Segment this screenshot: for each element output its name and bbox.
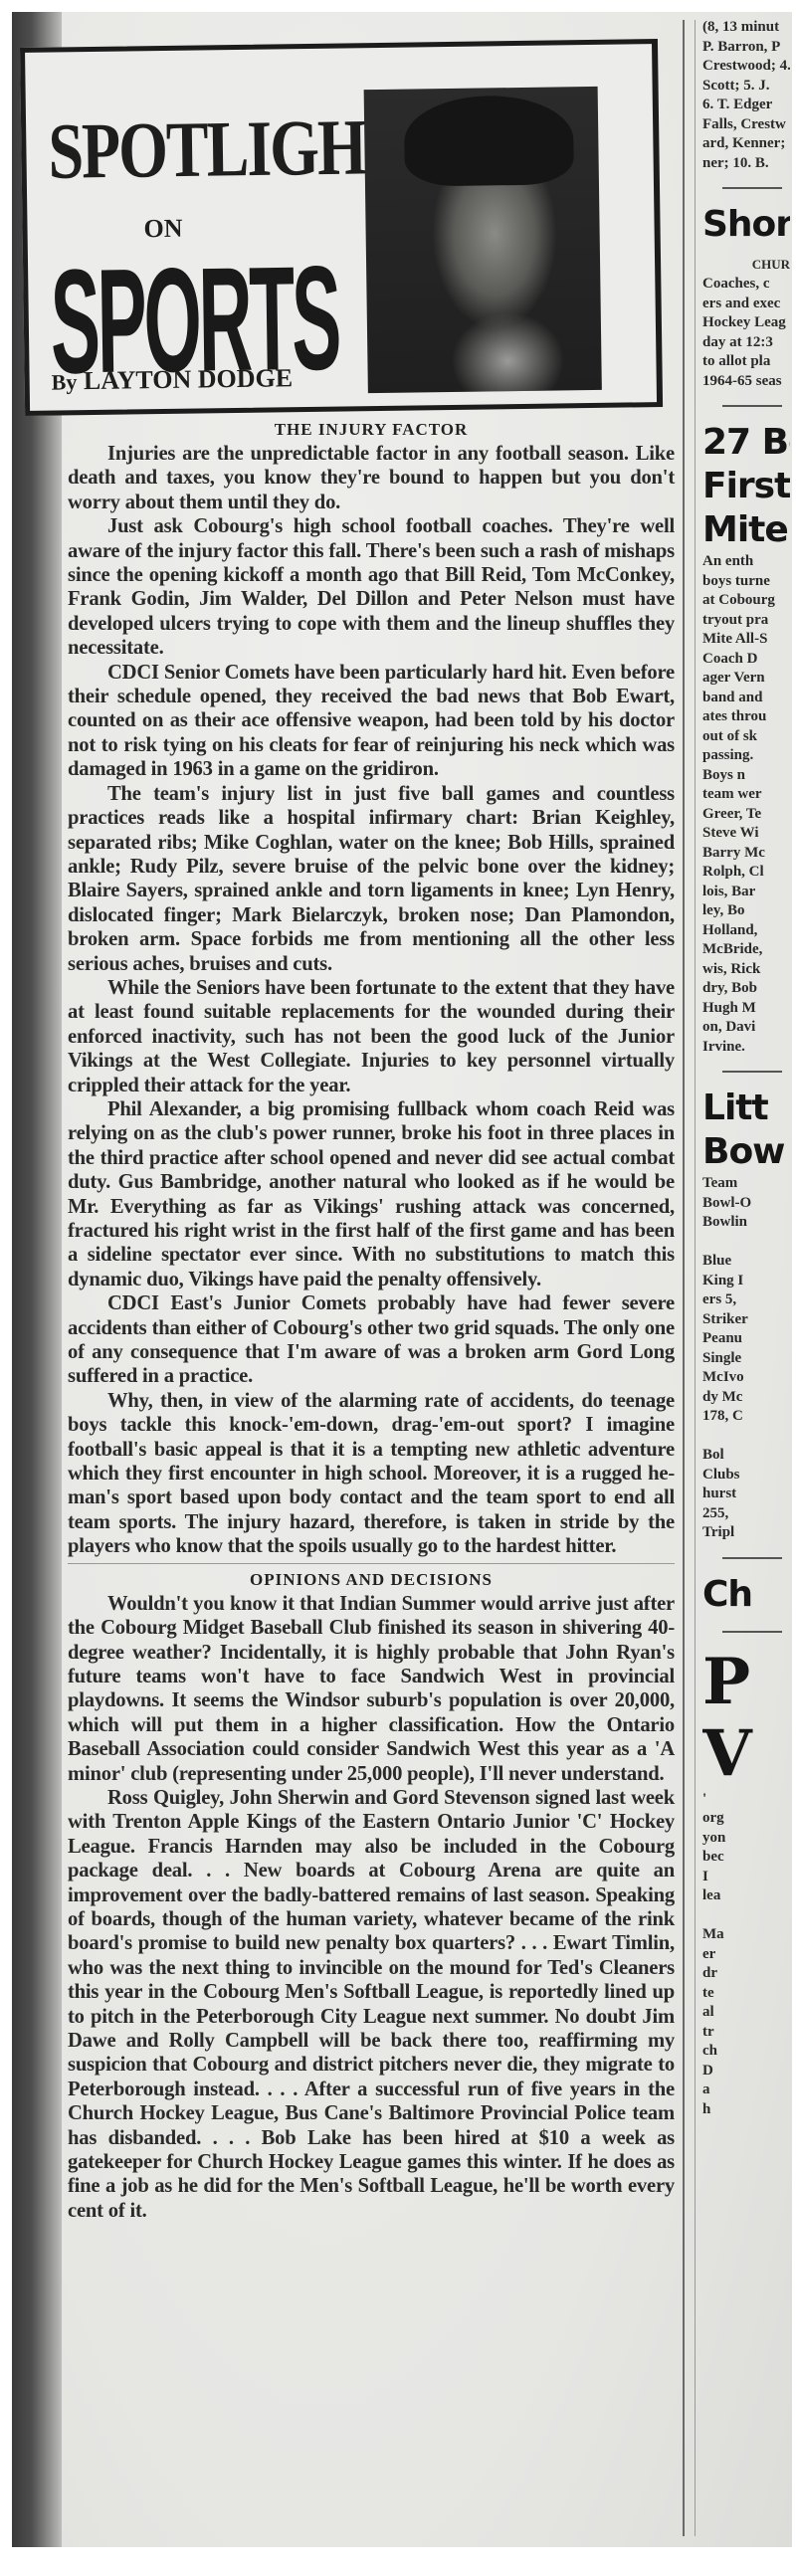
story-headline: Litt <box>702 1087 790 1130</box>
fragment-line: 6. T. Edger <box>702 96 790 115</box>
fragment-line: ner; 10. B. <box>702 154 790 174</box>
article-paragraph: Injuries are the unpredictable factor in… <box>68 442 675 514</box>
story-line: ers and exec <box>702 295 790 314</box>
section-heading: THE INJURY FACTOR <box>68 420 675 440</box>
story-line: wis, Rick <box>702 960 790 980</box>
byline-author: LAYTON DODGE <box>84 363 294 395</box>
story-line: Irvine. <box>702 1038 790 1058</box>
story-line <box>702 1906 790 1926</box>
story-line: h <box>702 2100 790 2120</box>
story-rule <box>722 405 782 407</box>
story-line: Greer, Te <box>702 805 790 825</box>
article-paragraph: CDCI East's Junior Comets probably have … <box>68 1291 675 1389</box>
article-paragraph: CDCI Senior Comets have been particularl… <box>68 661 675 782</box>
story-line: Bol <box>702 1446 790 1466</box>
story-rule <box>722 1631 782 1633</box>
story-line: Barry Mc <box>702 844 790 864</box>
story-line: Steve Wi <box>702 824 790 844</box>
story-line: tryout pra <box>702 611 790 631</box>
article-paragraph: While the Seniors have been fortunate to… <box>68 976 675 1097</box>
story-line: out of sk <box>702 727 790 747</box>
story-line: team wer <box>702 785 790 805</box>
story-headline: First <box>702 465 790 508</box>
article-body: THE INJURY FACTORInjuries are the unpred… <box>68 420 675 2223</box>
article-paragraph: Wouldn't you know it that Indian Summer … <box>68 1592 675 1786</box>
story-line: to allot pla <box>702 352 790 372</box>
story-line: An enth <box>702 552 790 572</box>
fragment-line: Scott; 5. J. <box>702 77 790 97</box>
story-line: Ma <box>702 1925 790 1945</box>
story-line: dr <box>702 1964 790 1984</box>
article-paragraph: Just ask Cobourg's high school football … <box>68 514 675 660</box>
story-rule <box>722 1071 782 1073</box>
story-line: King I <box>702 1272 790 1291</box>
story-line: ates throu <box>702 707 790 727</box>
story-line: al <box>702 2003 790 2023</box>
fragment-line: P. Barron, P <box>702 38 790 58</box>
story-line: ch <box>702 2042 790 2062</box>
story-line: on, Davi <box>702 1018 790 1038</box>
story-line: at Cobourg <box>702 591 790 611</box>
story-line: Bowlin <box>702 1213 790 1233</box>
article-paragraph: Phil Alexander, a big promising fullback… <box>68 1097 675 1291</box>
article-paragraph: Why, then, in view of the alarming rate … <box>68 1389 675 1559</box>
story-line: I <box>702 1868 790 1887</box>
story-line: Boys n <box>702 766 790 786</box>
story-line: Bowl-O <box>702 1194 790 1214</box>
story-line: hurst <box>702 1485 790 1504</box>
portrait-hair-shape <box>404 95 574 186</box>
title-spotlight: SPOTLIGHT <box>48 107 347 191</box>
story-line: boys turne <box>702 572 790 592</box>
sports-column: SPOTLIGHT ON SPORTS By LAYTON DODGE THE … <box>60 20 675 2527</box>
story-line: er <box>702 1945 790 1965</box>
columnist-portrait-photo <box>364 87 602 393</box>
story-line: Mite All-S <box>702 630 790 650</box>
story-line: ager Vern <box>702 669 790 689</box>
story-line: Holland, <box>702 921 790 941</box>
story-line: Rolph, Cl <box>702 863 790 883</box>
story-line: Coach D <box>702 650 790 670</box>
story-headline: Ch <box>702 1573 790 1617</box>
story-line: Hockey Leag <box>702 313 790 333</box>
story-line: bec <box>702 1848 790 1868</box>
story-line: Clubs <box>702 1466 790 1486</box>
story-headline: Mite <box>702 508 790 552</box>
column-title: SPOTLIGHT ON SPORTS <box>48 107 349 344</box>
story-line: band and <box>702 689 790 708</box>
section-heading: OPINIONS AND DECISIONS <box>68 1570 675 1590</box>
story-line: Blue <box>702 1252 790 1272</box>
story-line: passing. <box>702 746 790 766</box>
story-line: lois, Bar <box>702 883 790 902</box>
section-divider <box>68 1563 675 1564</box>
story-line: Coaches, c <box>702 275 790 295</box>
fragment-line: ard, Kenner; <box>702 134 790 154</box>
story-line <box>702 1233 790 1253</box>
story-line: org <box>702 1809 790 1829</box>
column-rule <box>683 20 685 2536</box>
byline: By LAYTON DODGE <box>51 363 293 396</box>
story-line: te <box>702 1984 790 2004</box>
story-headline-letter: P <box>702 1647 790 1718</box>
story-headline: Shor <box>702 203 790 247</box>
column-header-box: SPOTLIGHT ON SPORTS By LAYTON DODGE <box>20 39 663 416</box>
story-line: yon <box>702 1829 790 1849</box>
story-line: a <box>702 2081 790 2100</box>
fragment-line: Falls, Crestw <box>702 115 790 135</box>
story-line: ers 5, <box>702 1290 790 1310</box>
article-paragraph: Ross Quigley, John Sherwin and Gord Stev… <box>68 1786 675 2223</box>
story-line: ' <box>702 1790 790 1810</box>
story-line: Single <box>702 1349 790 1369</box>
story-rule <box>722 187 782 189</box>
story-line: McIvo <box>702 1368 790 1388</box>
story-line: Tripl <box>702 1523 790 1543</box>
story-line: dy Mc <box>702 1388 790 1408</box>
story-line: ley, Bo <box>702 901 790 921</box>
story-line: dry, Bob <box>702 979 790 999</box>
article-paragraph: The team's injury list in just five ball… <box>68 782 675 976</box>
column-rule-secondary <box>695 20 696 2536</box>
adjacent-column: (8, 13 minutP. Barron, PCrestwood; 4.Sco… <box>702 18 790 2119</box>
story-line: Hugh M <box>702 999 790 1019</box>
story-line: Peanu <box>702 1329 790 1349</box>
story-line: tr <box>702 2023 790 2043</box>
story-rule <box>722 1557 782 1559</box>
story-line: McBride, <box>702 940 790 960</box>
story-line: 178, C <box>702 1407 790 1427</box>
story-headline: 27 Bo <box>702 421 790 465</box>
story-headline-letter: V <box>702 1718 790 1790</box>
story-subhead: CHUR <box>702 257 790 273</box>
story-line: lea <box>702 1886 790 1906</box>
story-headline: Bow <box>702 1130 790 1174</box>
fragment-line: (8, 13 minut <box>702 18 790 38</box>
story-line: day at 12:3 <box>702 333 790 353</box>
story-line: Team <box>702 1174 790 1194</box>
story-line: D <box>702 2062 790 2081</box>
byline-prefix: By <box>52 369 78 394</box>
story-line <box>702 1427 790 1447</box>
story-line: 255, <box>702 1504 790 1524</box>
story-line: Striker <box>702 1310 790 1330</box>
story-line: 1964-65 seas <box>702 372 790 392</box>
fragment-line: Crestwood; 4. <box>702 57 790 77</box>
